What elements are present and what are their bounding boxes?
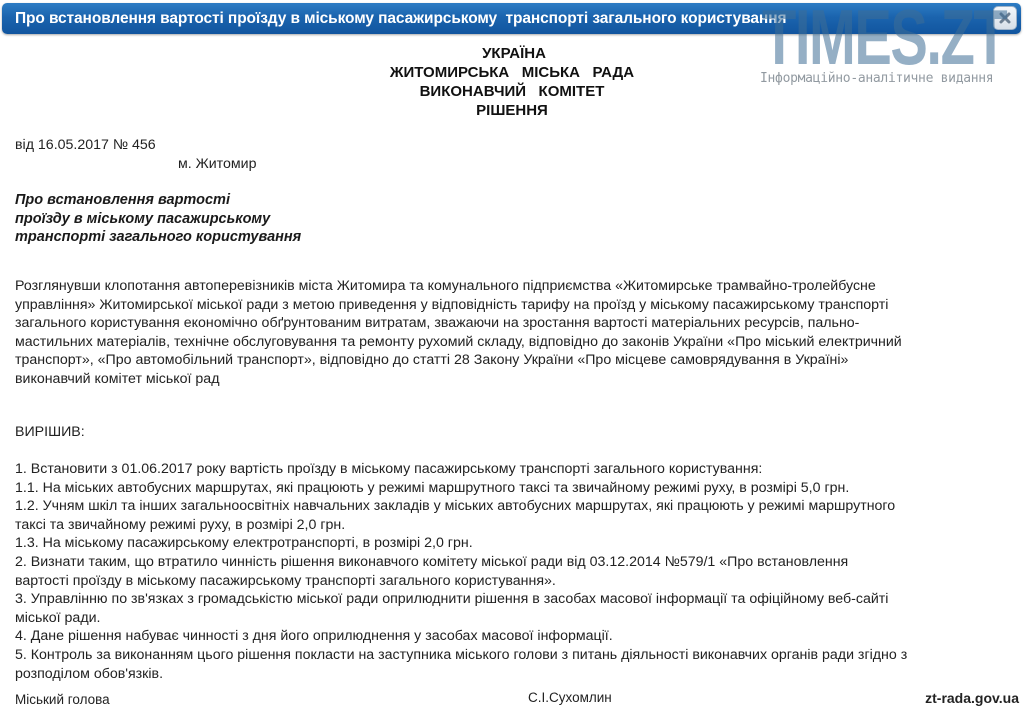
header-country: УКРАЇНА — [4, 44, 1024, 63]
header-committee: ВИКОНАВЧИЙ КОМІТЕТ — [0, 82, 1024, 101]
resolution-item: 1.1. На міських автобусних маршрутах, як… — [15, 479, 1020, 498]
resolution-item: розподілом обов'язків. — [15, 665, 1020, 684]
resolution-item: 1. Встановити з 01.06.2017 року вартість… — [15, 460, 1020, 479]
document-header: УКРАЇНА ЖИТОМИРСЬКА МІСЬКА РАДА ВИКОНАВЧ… — [0, 44, 1024, 120]
window-titlebar: Про встановлення вартості проїзду в місь… — [2, 3, 1021, 34]
preamble-line: Розглянувши клопотання автоперевізників … — [15, 277, 1015, 296]
date-number: від 16.05.2017 № 456 — [15, 136, 156, 155]
resolution-item: 1.2. Учням шкіл та інших загальноосвітні… — [15, 497, 1020, 516]
decided-label: ВИРІШИВ: — [15, 423, 85, 442]
close-icon — [999, 12, 1011, 24]
resolution-item: 2. Визнати таким, що втратило чинність р… — [15, 553, 1020, 572]
preamble-line: виконавчий комітет міської рад — [15, 370, 1015, 389]
preamble-line: мастильних матеріалів, технічне обслугов… — [15, 333, 1015, 352]
source-credit: zt-rada.gov.ua — [925, 690, 1019, 706]
signature-position: Міський голова — [15, 690, 110, 709]
header-doc-type: РІШЕННЯ — [0, 101, 1024, 120]
close-button[interactable] — [993, 6, 1017, 30]
document-subject: Про встановлення вартості проїзду в місь… — [15, 191, 301, 247]
preamble-line: управління» Житомирської міської ради з … — [15, 296, 1015, 315]
resolution-list: 1. Встановити з 01.06.2017 року вартість… — [15, 460, 1020, 683]
signer-name: С.І.Сухомлин — [528, 690, 612, 705]
preamble: Розглянувши клопотання автоперевізників … — [15, 277, 1015, 389]
resolution-item: 3. Управлінню по зв'язках з громадськіст… — [15, 590, 1020, 609]
resolution-item: 4. Дане рішення набуває чинності з дня й… — [15, 627, 1020, 646]
preamble-line: загального користування економічно обґру… — [15, 314, 1015, 333]
city: м. Житомир — [178, 155, 256, 174]
resolution-item: 5. Контроль за виконанням цього рішення … — [15, 646, 1020, 665]
resolution-item: таксі та звичайному режимі руху, в розмі… — [15, 516, 1020, 535]
resolution-item: вартості проїзду в міському пасажирськом… — [15, 572, 1020, 591]
header-council: ЖИТОМИРСЬКА МІСЬКА РАДА — [0, 63, 1024, 82]
subject-line: Про встановлення вартості — [15, 191, 301, 210]
window-title: Про встановлення вартості проїзду в місь… — [15, 10, 786, 28]
subject-line: транспорті загального користування — [15, 228, 301, 247]
resolution-item: міської ради. — [15, 609, 1020, 628]
subject-line: проїзду в міському пасажирському — [15, 210, 301, 229]
resolution-item: 1.3. На міському пасажирському електротр… — [15, 534, 1020, 553]
preamble-line: транспорт», «Про автомобільний транспорт… — [15, 351, 1015, 370]
